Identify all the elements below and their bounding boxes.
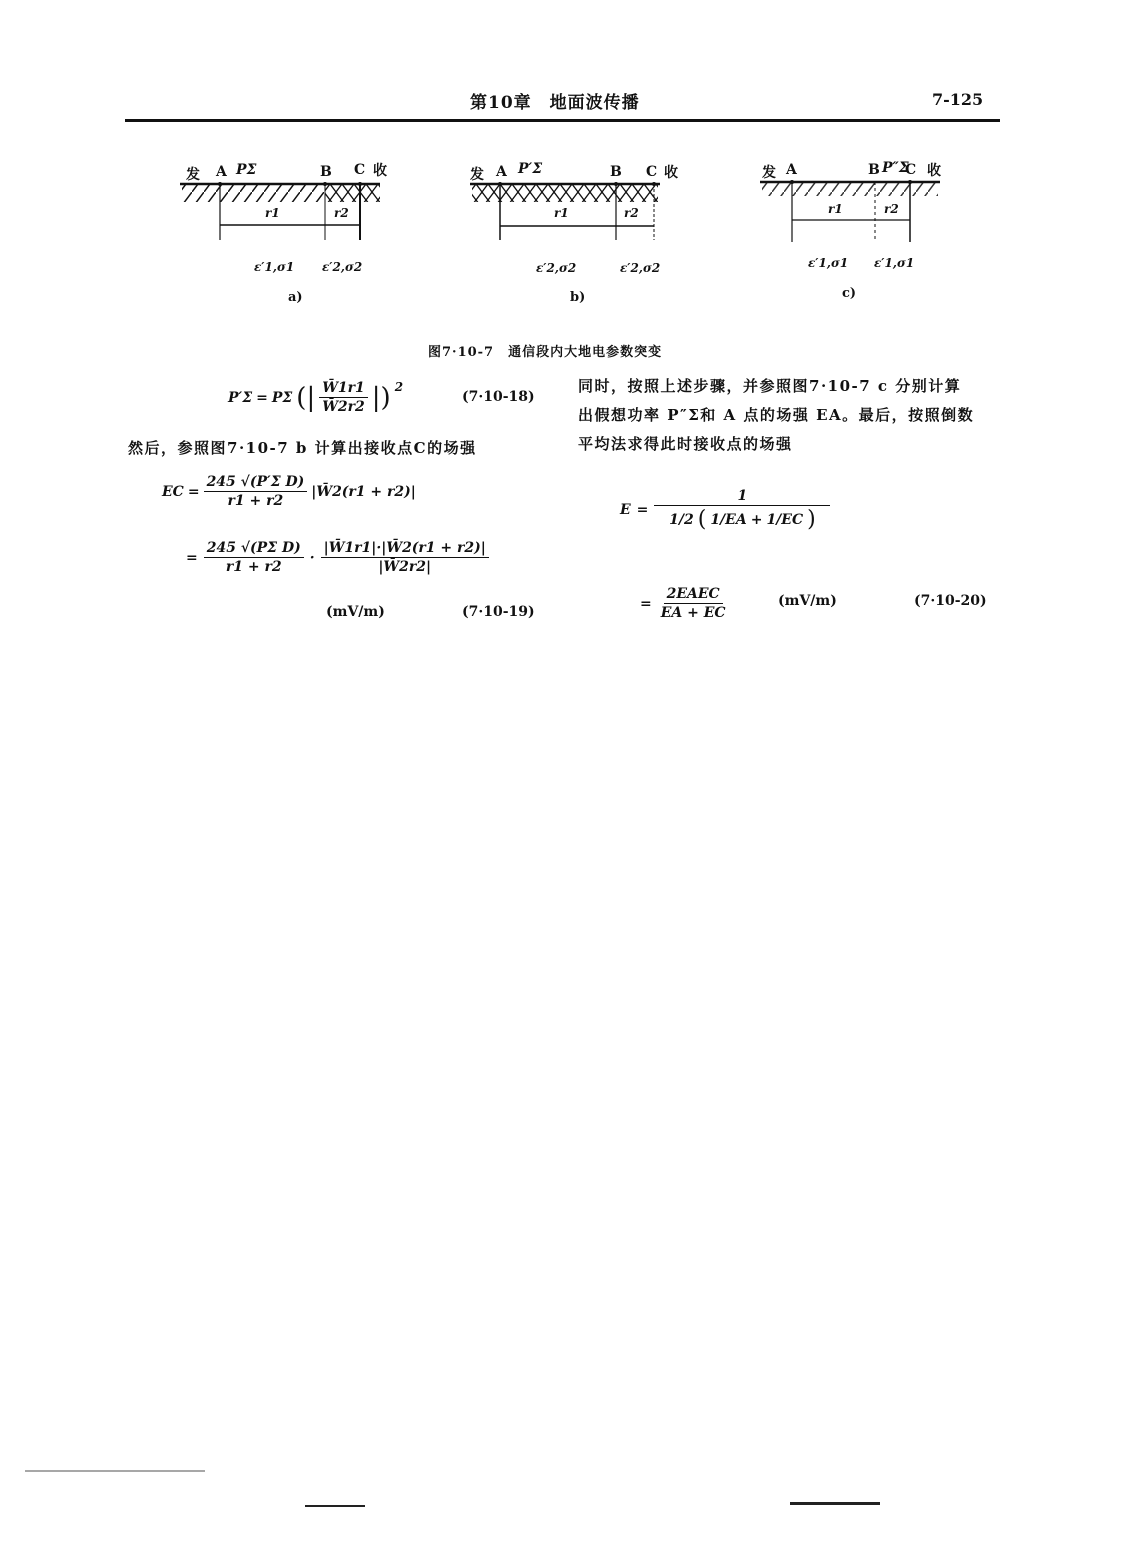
panel-label-c: c): [842, 286, 856, 301]
left-paragraph: 然后，参照图7·10-7 b 计算出接收点C的场强: [128, 434, 477, 463]
equation-7-10-20-line1: E = 1 1/2 ( 1/EA + 1/EC ): [620, 488, 830, 532]
scan-artifact: [25, 1470, 205, 1472]
segment-r2-b: r2: [624, 206, 639, 220]
segment-r1-b: r1: [554, 206, 569, 220]
segment-r1-a: r1: [265, 206, 280, 220]
equals-sign: =: [186, 550, 198, 566]
point-b-label-b: B: [610, 164, 622, 180]
equation-7-10-20-line2: = 2EAEC EA + EC: [640, 586, 729, 621]
ground-diagram-b: [470, 160, 700, 310]
eq19-fraction-1: 245 √(P′Σ D) r1 + r2: [204, 474, 308, 509]
eq19-denominator-3: |W̄2r2|: [375, 558, 434, 575]
close-paren: ): [807, 507, 816, 532]
point-a-label-c: A: [786, 162, 797, 178]
eq20-inv-ea: 1/EA: [710, 512, 746, 528]
eq18-denominator: W̄2r2: [319, 398, 368, 415]
eq20-numerator-1: 1: [654, 488, 830, 506]
sender-label-c: 发: [762, 162, 776, 182]
eq19-tail: |W̄2(r1 + r2)|: [311, 484, 416, 500]
figure-panel-b: 发 A P′Σ B C 收 r1 r2 ε′2,σ2 ε′2,σ2 b): [470, 160, 700, 314]
point-a-label-b: A: [496, 164, 507, 180]
equation-7-10-19-line1: EC = 245 √(P′Σ D) r1 + r2 |W̄2(r1 + r2)|: [162, 474, 416, 509]
eq20-lhs: E: [620, 502, 631, 518]
close-paren: |): [372, 383, 391, 413]
power-label-b: P′Σ: [518, 161, 542, 177]
equals-sign: =: [256, 390, 268, 406]
header-rule: [125, 119, 1000, 122]
page-number: 7-125: [932, 90, 983, 109]
power-label-a: PΣ: [236, 162, 256, 178]
sender-label-b: 发: [470, 164, 484, 184]
equals-sign: =: [188, 484, 200, 500]
eq20-denominator-2: EA + EC: [658, 604, 729, 621]
figure-panel-c: 发 A B P″Σ C 收 r1 r2 ε′1,σ1 ε′1,σ1 c): [760, 160, 990, 314]
figure-caption: 图7·10-7 通信段内大地电参数突变: [428, 341, 662, 360]
scan-artifact: [305, 1505, 365, 1507]
receiver-label-b: 收: [664, 162, 678, 182]
params-1-c: ε′1,σ1: [808, 256, 848, 270]
eq19-numerator-2: 245 √(PΣ D): [204, 540, 304, 558]
receiver-label-c: 收: [927, 160, 941, 180]
panel-label-a: a): [288, 290, 303, 305]
eq18-numerator: W̄1r1: [319, 380, 368, 398]
eq19-denominator-2: r1 + r2: [223, 558, 285, 575]
scan-artifact: [790, 1502, 880, 1505]
eq18-tag: (7·10-18): [462, 389, 535, 405]
point-c-label-a: C: [354, 162, 365, 178]
eq19-fraction-3: |W̄1r1|·|W̄2(r1 + r2)| |W̄2r2|: [321, 540, 489, 575]
params-2-c: ε′1,σ1: [874, 256, 914, 270]
eq19-denominator-1: r1 + r2: [225, 492, 287, 509]
eq18-lhs: P′Σ: [228, 390, 252, 406]
params-1-b: ε′2,σ2: [536, 261, 576, 275]
plus-sign: +: [751, 512, 763, 528]
eq19-fraction-2: 245 √(PΣ D) r1 + r2: [204, 540, 304, 575]
open-paren: (: [698, 507, 707, 532]
equation-7-10-18: P′Σ = PΣ (| W̄1r1 W̄2r2 |) 2: [228, 380, 403, 415]
eq20-denominator-1: 1/2 ( 1/EA + 1/EC ): [666, 506, 819, 532]
point-a-label-a: A: [216, 164, 227, 180]
point-c-label-c: C: [905, 162, 916, 178]
receiver-label-a: 收: [373, 160, 387, 180]
sender-label-a: 发: [186, 164, 200, 184]
eq20-half: 1/2: [669, 512, 694, 528]
equals-sign: =: [637, 502, 649, 518]
point-c-label-b: C: [646, 164, 657, 180]
eq19-lhs: EC: [162, 484, 184, 500]
segment-r1-c: r1: [828, 202, 843, 216]
ground-diagram-a: [180, 160, 410, 310]
segment-r2-a: r2: [334, 206, 349, 220]
right-paragraph: 同时，按照上述步骤，并参照图7·10-7 c 分别计算 出假想功率 P″Σ和 A…: [578, 372, 1008, 459]
point-b-label-a: B: [320, 164, 332, 180]
eq20-numerator-2: 2EAEC: [664, 586, 723, 604]
eq20-tag: (7·10-20): [914, 593, 987, 609]
eq18-exponent: 2: [395, 380, 403, 394]
segment-r2-c: r2: [884, 202, 899, 216]
right-paragraph-line-3: 平均法求得此时接收点的场强: [578, 430, 1008, 459]
eq19-tag: (7·10-19): [462, 604, 535, 620]
point-b-label-c: B: [868, 162, 880, 178]
equation-7-10-19-line2: = 245 √(PΣ D) r1 + r2 · |W̄1r1|·|W̄2(r1 …: [186, 540, 489, 575]
equals-sign: =: [640, 596, 652, 612]
multiply-dot: ·: [310, 550, 315, 566]
right-paragraph-line-1: 同时，按照上述步骤，并参照图7·10-7 c 分别计算: [578, 372, 1008, 401]
eq18-fraction: W̄1r1 W̄2r2: [319, 380, 368, 415]
eq20-inv-ec: 1/EC: [766, 512, 803, 528]
eq18-rhs-prefix: PΣ: [272, 390, 292, 406]
open-paren: (|: [296, 383, 315, 413]
params-2-a: ε′2,σ2: [322, 260, 362, 274]
eq19-numerator-1: 245 √(P′Σ D): [204, 474, 308, 492]
eq20-fraction-2: 2EAEC EA + EC: [658, 586, 729, 621]
chapter-title: 第10章 地面波传播: [470, 88, 640, 113]
right-paragraph-line-2: 出假想功率 P″Σ和 A 点的场强 EA。最后，按照倒数: [578, 401, 1008, 430]
panel-label-b: b): [570, 290, 585, 305]
figure-panel-a: 发 A PΣ B C 收 r1 r2 ε′1,σ1 ε′2,σ2 a): [180, 160, 410, 314]
eq20-unit: (mV/m): [778, 593, 837, 609]
eq20-fraction-1: 1 1/2 ( 1/EA + 1/EC ): [654, 488, 830, 532]
eq19-numerator-3: |W̄1r1|·|W̄2(r1 + r2)|: [321, 540, 489, 558]
eq19-unit: (mV/m): [326, 604, 385, 620]
params-1-a: ε′1,σ1: [254, 260, 294, 274]
ground-diagram-c: [760, 160, 990, 310]
params-2-b: ε′2,σ2: [620, 261, 660, 275]
